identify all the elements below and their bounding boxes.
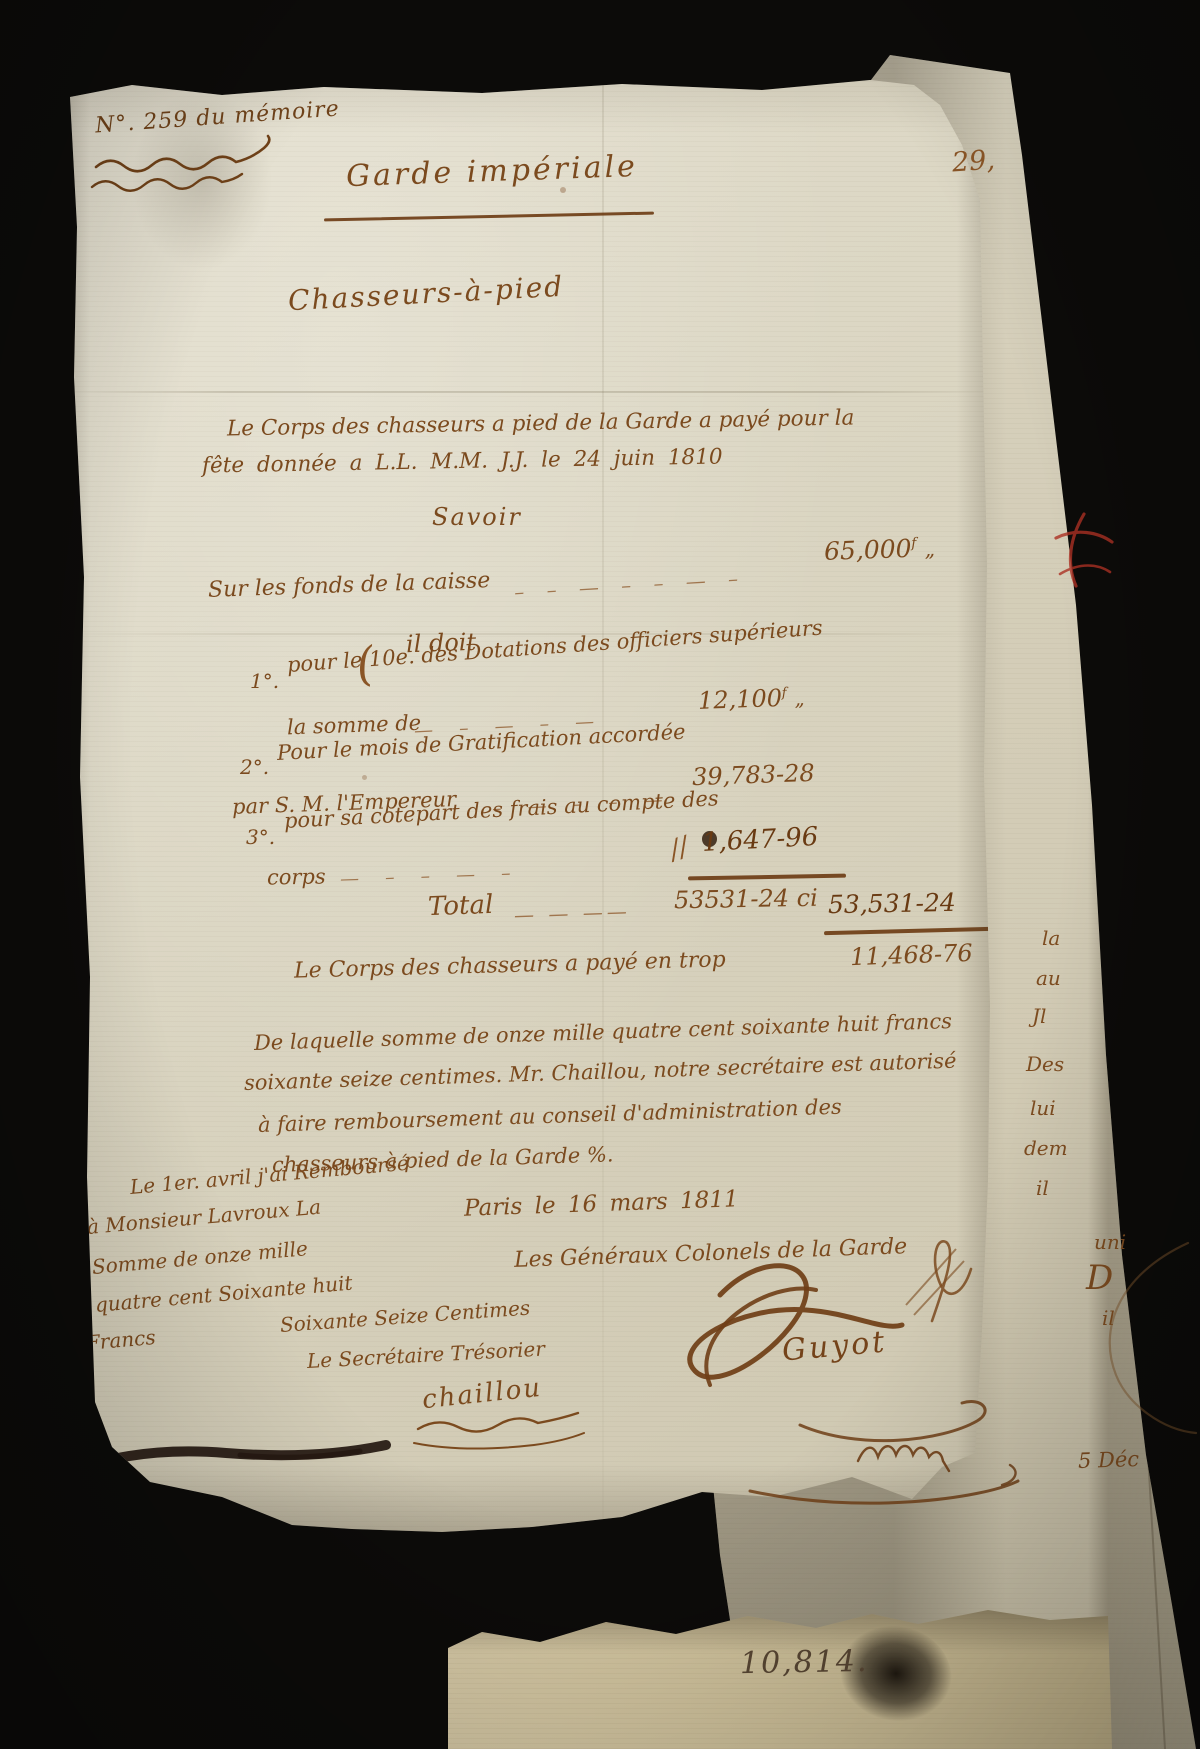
title-underline — [324, 212, 654, 222]
item3-number: 3°. — [246, 827, 275, 847]
edge-fragment: dem — [1024, 1136, 1068, 1160]
photograph-of-manuscript: 10,814. N°. 259 du mémoire Garde impéria… — [0, 0, 1200, 1749]
margin-note-line: Le 1er. avril j'ai Remboursé — [129, 1153, 409, 1197]
authorization-line: à faire remboursement au conseil d'admin… — [258, 1097, 842, 1136]
funds-amount: 65,000f „ — [824, 535, 936, 564]
red-ink-mark — [1046, 508, 1118, 618]
guyot-underline-flourish — [800, 1402, 985, 1441]
margin-note-line: Soixante Seize Centimes — [279, 1298, 530, 1335]
torn-hole-shadow — [833, 1618, 958, 1729]
margin-note-line: Francs — [85, 1327, 156, 1353]
funds-label: Sur les fonds de la caisse — [208, 570, 491, 602]
corner-note-flourish — [90, 151, 330, 199]
intro-line: fête donnée a L.L. M.M. J.J. le 24 juin … — [202, 446, 723, 477]
total-label: Total — [428, 892, 494, 920]
edge-fragment: Jl — [1032, 1004, 1046, 1028]
edge-fragment-date: 5 Déc — [1078, 1447, 1140, 1473]
item3-tick: // — [666, 833, 692, 864]
funds-amount-unit: f — [911, 535, 917, 551]
item3-amount: 1,647-96 — [701, 824, 819, 856]
age-spot — [362, 775, 367, 780]
item1-amount-unit: f — [782, 686, 787, 701]
authorization-line: soixante seize centimes. Mr. Chaillou, n… — [244, 1051, 957, 1094]
back-page-corner-number: 29, — [951, 145, 996, 179]
horizontal-crease — [62, 633, 994, 635]
item3-line2: corps — [267, 866, 326, 888]
chaillou-flourish — [410, 1415, 600, 1451]
document-subtitle: Chasseurs-à-pied — [287, 273, 564, 315]
signature-long-underline — [750, 1481, 1018, 1503]
ink-smear — [90, 1433, 420, 1477]
generals-signatures — [600, 1235, 1060, 1525]
item1-amount-value: 12,100 — [698, 684, 783, 715]
edge-fragment: la — [1042, 926, 1060, 950]
item3-underline — [688, 874, 846, 881]
age-spot — [560, 187, 566, 193]
total-underline — [824, 927, 992, 935]
item2-number: 2°. — [240, 757, 269, 777]
overpaid-amount: 11,468-76 — [850, 941, 973, 969]
item2-amount: 39,783-28 — [692, 761, 815, 789]
item3-dashes: — – – — – — [340, 864, 521, 889]
margin-note-line: quatre cent Soixante huit — [94, 1273, 353, 1315]
total-dashes: — — —— — [514, 901, 631, 925]
dateline: Paris le 16 mars 1811 — [464, 1188, 739, 1221]
margin-note-line: Somme de onze mille — [91, 1238, 308, 1277]
horizontal-crease — [62, 391, 994, 393]
margin-note-line: à Monsieur Lavroux La — [86, 1197, 322, 1237]
faint-curve-stroke — [1058, 1235, 1200, 1445]
signature-chaillou: chaillou — [421, 1375, 543, 1413]
edge-fragment: il — [1036, 1176, 1049, 1200]
funds-dashes: – – — – – — – — [514, 568, 747, 602]
signature-squiggle — [858, 1446, 949, 1471]
total-carry: 53531-24 ci — [674, 886, 818, 913]
slip-number: 10,814. — [740, 1647, 869, 1679]
item1-amount-cents: „ — [794, 687, 805, 710]
margin-note-line: Le Secrétaire Trésorier — [306, 1339, 545, 1371]
item1-number: 1°. — [250, 671, 279, 691]
item1-amount: 12,100f „ — [698, 685, 805, 713]
signature-guyot: Guyot — [781, 1327, 889, 1366]
corner-note: N°. 259 du mémoire — [95, 98, 341, 137]
savoir-heading: Savoir — [432, 505, 522, 529]
funds-amount-cents: „ — [924, 537, 935, 561]
item1-line1: pour le 10e. des Dotations des officiers… — [286, 618, 823, 676]
total-amount: 53,531-24 — [828, 890, 956, 917]
bottom-slip-sheet: 10,814. — [448, 1604, 1112, 1749]
edge-fragment: au — [1036, 966, 1061, 990]
edge-fragment: lui — [1030, 1096, 1056, 1120]
intro-line: Le Corps des chasseurs a pied de la Gard… — [227, 408, 855, 440]
edge-fragment: Des — [1026, 1052, 1064, 1076]
document-title: Garde impériale — [302, 150, 683, 193]
funds-amount-value: 65,000 — [824, 534, 912, 566]
authorization-line: De laquelle somme de onze mille quatre c… — [254, 1011, 953, 1054]
overpaid-label: Le Corps des chasseurs a payé en trop — [294, 949, 726, 982]
